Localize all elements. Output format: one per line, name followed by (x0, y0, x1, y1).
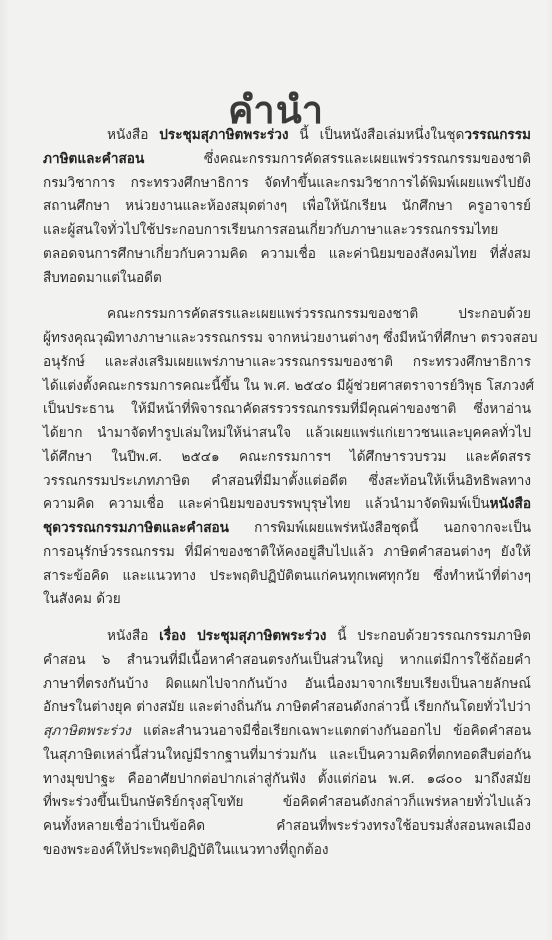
text-line: ได้ศึกษา ในปีพ.ศ. ๒๕๔๑ คณะกรรมการฯ ได้ศึ… (43, 446, 531, 470)
text-line: วรรณกรรมประเภทภาษิต คำสอนที่มีมาตั้งแต่อ… (43, 470, 531, 494)
text-line: เป็นประธาน ให้มีหน้าที่พิจารณาคัดสรรวรรณ… (43, 398, 531, 422)
text-line: สถานศึกษา หน่วยงานและห้องสมุดต่างๆ เพื่อ… (43, 195, 531, 219)
text-line: การอนุรักษ์วรรณกรรม ที่มีค่าของชาติให้คง… (43, 541, 531, 565)
text-line: ในสุภาษิตเหล่านี้ส่วนใหญ่มีรากฐานที่มาร่… (43, 744, 531, 768)
text-line: ได้ยาก นำมาจัดทำรูปเล่มใหม่ให้น่าสนใจ แล… (43, 422, 531, 446)
book-page: คำนำ หนังสือ ประชุมสุภาษิตพระร่วง นี้ เป… (0, 0, 552, 940)
text-line: ได้แต่งตั้งคณะกรรมการคณะนี้ขึ้น ใน พ.ศ. … (43, 375, 531, 399)
text-line: สาระข้อคิด และแนวทาง ประพฤติปฏิบัติตนแก่… (43, 565, 531, 589)
paragraph-gap (43, 612, 531, 625)
italic-title-text: สุภาษิตพระร่วง (43, 723, 131, 739)
text-line: อนุรักษ์ และส่งเสริมเผยแพร่ภาษาและวรรณกร… (43, 351, 531, 375)
bold-title-text: เรื่อง ประชุมสุภาษิตพระร่วง (159, 628, 326, 644)
text-line: สุภาษิตพระร่วง แต่ละสำนวนอาจมีชื่อเรียกเ… (43, 720, 531, 744)
text-line: หนังสือ ประชุมสุภาษิตพระร่วง นี้ เป็นหนั… (43, 124, 531, 148)
bold-title-text: วรรณกรรม (464, 127, 531, 143)
preface-body: หนังสือ ประชุมสุภาษิตพระร่วง นี้ เป็นหนั… (43, 124, 531, 863)
text-line: ทางมุขปาฐะ คืออาศัยปากต่อปากเล่าสู่กันฟั… (43, 768, 531, 792)
bold-title-text: ประชุมสุภาษิตพระร่วง (159, 127, 288, 143)
text-line: กรมวิชาการ กระทรวงศึกษาธิการ จัดทำขึ้นแล… (43, 172, 531, 196)
text-line: ความคิด ความเชื่อ และค่านิยมของบรรพบุรุษ… (43, 493, 531, 517)
text-line: ของพระองค์ให้ประพฤติปฏิบัติในแนวทางที่ถู… (43, 839, 531, 863)
bold-title-text: หนังสือ (490, 496, 531, 512)
bold-title-text: ชุดวรรณกรรมภาษิตและคำสอน (43, 520, 229, 536)
text-line: คำสอน ๖ สำนวนที่มีเนื้อหาคำสอนตรงกันเป็น… (43, 649, 531, 673)
text-line: อักษรในต่างยุค ต่างสมัย และต่างถิ่นกัน ภ… (43, 696, 531, 720)
text-line: ภาษาที่ตรงกันบ้าง ผิดแผกไปจากกันบ้าง อัน… (43, 673, 531, 697)
text-line: ภาษิตและคำสอน ซึ่งคณะกรรมการคัดสรรและเผย… (43, 148, 531, 172)
paragraph: หนังสือ เรื่อง ประชุมสุภาษิตพระร่วง นี้ … (43, 625, 531, 863)
paragraph: คณะกรรมการคัดสรรและเผยแพร่วรรณกรรมของชาต… (43, 303, 531, 612)
bold-title-text: ภาษิตและคำสอน (43, 151, 144, 167)
text-line: คนทั้งหลายเชื่อว่าเป็นข้อคิด คำสอนที่พระ… (43, 815, 531, 839)
paragraph-gap (43, 290, 531, 303)
text-line: ในสังคม ด้วย (43, 588, 531, 612)
text-line: คณะกรรมการคัดสรรและเผยแพร่วรรณกรรมของชาต… (43, 303, 531, 327)
paragraph: หนังสือ ประชุมสุภาษิตพระร่วง นี้ เป็นหนั… (43, 124, 531, 290)
text-line: ที่พระร่วงขึ้นเป็นกษัตริย์กรุงสุโขทัย ข้… (43, 791, 531, 815)
text-line: หนังสือ เรื่อง ประชุมสุภาษิตพระร่วง นี้ … (43, 625, 531, 649)
text-line: ชุดวรรณกรรมภาษิตและคำสอน การพิมพ์เผยแพร่… (43, 517, 531, 541)
text-line: ผู้ทรงคุณวุฒิทางภาษาและวรรณกรรม จากหน่วย… (43, 327, 531, 351)
text-line: ตลอดจนการศึกษาเกี่ยวกับความคิด ความเชื่อ… (43, 243, 531, 267)
text-line: และผู้สนใจทั่วไปใช้ประกอบการเรียนการสอนเ… (43, 219, 531, 243)
text-line: สืบทอดมาแต่ในอดีต (43, 267, 531, 291)
